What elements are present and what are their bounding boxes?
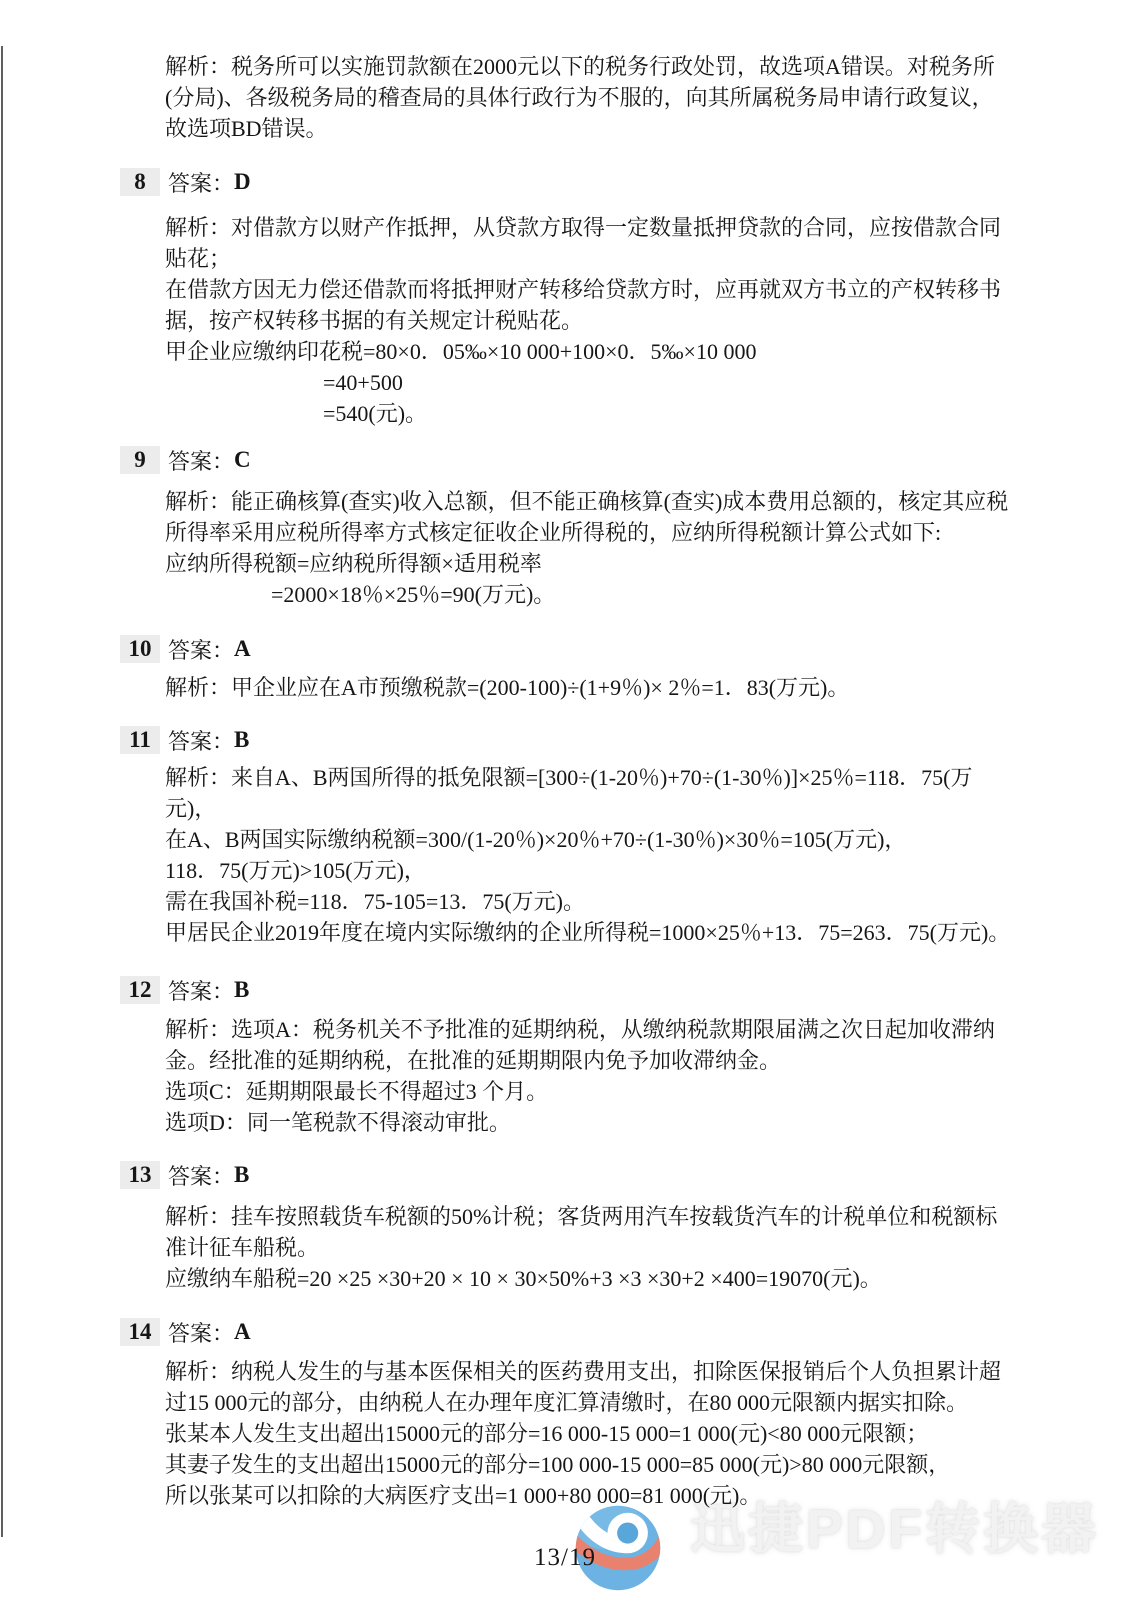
question-number-badge: 11: [120, 726, 160, 754]
formula-line: 甲企业应缴纳印花税=80×0．05‰×10 000+100×0．5‰×10 00…: [165, 336, 1001, 367]
formula-line: =2000×18％×25％=90(万元)。: [165, 579, 1008, 610]
intro-explanation-paragraph: 解析：税务所可以实施罚款额在2000元以下的税务行政处罚，故选项A错误。对税务所…: [165, 51, 995, 144]
answer-letter: B: [234, 1162, 249, 1188]
text-line: 选项C：延期期限最长不得超过3 个月。: [165, 1076, 995, 1107]
explanation-q12: 解析：选项A：税务机关不予批准的延期纳税，从缴纳税款期限届满之次日起加收滞纳 金…: [165, 1014, 995, 1138]
answer-letter: A: [234, 636, 251, 662]
text-line: 过15 000元的部分，由纳税人在办理年度汇算清缴时，在80 000元限额内据实…: [165, 1387, 1001, 1418]
question-number-badge: 12: [120, 976, 160, 1004]
page-number: 13/19: [0, 1544, 1130, 1572]
explanation-q10: 解析：甲企业应在A市预缴税款=(200-100)÷(1+9％)× 2％=1．83…: [165, 672, 849, 703]
question-number-badge: 9: [120, 446, 160, 474]
answer-row-q10: 10 答案： A: [120, 635, 251, 663]
formula-line: =540(元)。: [165, 398, 1001, 429]
answer-letter: C: [234, 447, 251, 473]
answer-label: 答案：: [168, 725, 234, 756]
answer-label: 答案：: [168, 1160, 234, 1191]
text-line: 据，按产权转移书据的有关规定计税贴花。: [165, 305, 1001, 336]
answer-label: 答案：: [168, 975, 234, 1006]
answer-row-q14: 14 答案： A: [120, 1318, 251, 1346]
text-line: 故选项BD错误。: [165, 113, 995, 144]
answer-letter: B: [234, 977, 249, 1003]
answer-label: 答案：: [168, 1317, 234, 1348]
answer-row-q13: 13 答案： B: [120, 1161, 249, 1189]
text-line: 解析：对借款方以财产作抵押，从贷款方取得一定数量抵押贷款的合同，应按借款合同: [165, 212, 1001, 243]
text-line: 准计征车船税。: [165, 1232, 997, 1263]
text-line: 解析：税务所可以实施罚款额在2000元以下的税务行政处罚，故选项A错误。对税务所: [165, 51, 995, 82]
text-line: 元)，: [165, 793, 1010, 824]
explanation-q9: 解析：能正确核算(查实)收入总额，但不能正确核算(查实)成本费用总额的，核定其应…: [165, 486, 1008, 610]
formula-line: =40+500: [165, 367, 1001, 398]
question-number-badge: 14: [120, 1318, 160, 1346]
explanation-q8: 解析：对借款方以财产作抵押，从贷款方取得一定数量抵押贷款的合同，应按借款合同 贴…: [165, 212, 1001, 429]
answer-label: 答案：: [168, 634, 234, 665]
question-number-badge: 10: [120, 635, 160, 663]
text-line: 在借款方因无力偿还借款而将抵押财产转移给贷款方时，应再就双方书立的产权转移书: [165, 274, 1001, 305]
answer-label: 答案：: [168, 445, 234, 476]
explanation-q11: 解析：来自A、B两国所得的抵免限额=[300÷(1-20％)+70÷(1-30％…: [165, 762, 1010, 948]
text-line: 解析：甲企业应在A市预缴税款=(200-100)÷(1+9％)× 2％=1．83…: [165, 672, 849, 703]
text-line: 解析：能正确核算(查实)收入总额，但不能正确核算(查实)成本费用总额的，核定其应…: [165, 486, 1008, 517]
question-number-badge: 13: [120, 1161, 160, 1189]
text-line: 其妻子发生的支出超出15000元的部分=100 000-15 000=85 00…: [165, 1449, 1001, 1480]
text-line: 118．75(万元)>105(万元)，: [165, 855, 1010, 886]
answer-letter: A: [234, 1319, 251, 1345]
document-page: 迅捷PDF转换器 解析：税务所可以实施罚款额在2000元以下的税务行政处罚，故选…: [0, 0, 1130, 1600]
text-line: 选项D：同一笔税款不得滚动审批。: [165, 1107, 995, 1138]
answer-row-q8: 8 答案： D: [120, 168, 251, 196]
text-line: 在A、B两国实际缴纳税额=300/(1-20％)×20％+70÷(1-30％)×…: [165, 824, 1010, 855]
text-line: 解析：来自A、B两国所得的抵免限额=[300÷(1-20％)+70÷(1-30％…: [165, 762, 1010, 793]
formula-line: 应纳所得税额=应纳税所得额×适用税率: [165, 548, 1008, 579]
answer-label: 答案：: [168, 167, 234, 198]
text-line: 解析：挂车按照载货车税额的50%计税；客货两用汽车按载货汽车的计税单位和税额标: [165, 1201, 997, 1232]
formula-line: 应缴纳车船税=20 ×25 ×30+20 × 10 × 30×50%+3 ×3 …: [165, 1263, 997, 1294]
answer-row-q9: 9 答案： C: [120, 446, 251, 474]
text-line: 需在我国补税=118．75-105=13．75(万元)。: [165, 886, 1010, 917]
explanation-q14: 解析：纳税人发生的与基本医保相关的医药费用支出，扣除医保报销后个人负担累计超 过…: [165, 1356, 1001, 1511]
answer-letter: B: [234, 727, 249, 753]
answer-letter: D: [234, 169, 251, 195]
text-line: 解析：选项A：税务机关不予批准的延期纳税，从缴纳税款期限届满之次日起加收滞纳: [165, 1014, 995, 1045]
text-line: 所以张某可以扣除的大病医疗支出=1 000+80 000=81 000(元)。: [165, 1480, 1001, 1511]
answer-row-q12: 12 答案： B: [120, 976, 249, 1004]
text-line: 金。经批准的延期纳税，在批准的延期期限内免予加收滞纳金。: [165, 1045, 995, 1076]
question-number-badge: 8: [120, 168, 160, 196]
answer-row-q11: 11 答案： B: [120, 726, 249, 754]
text-line: 所得率采用应税所得率方式核定征收企业所得税的，应纳所得税额计算公式如下:: [165, 517, 1008, 548]
text-line: 贴花；: [165, 243, 1001, 274]
text-line: (分局)、各级税务局的稽查局的具体行政行为不服的，向其所属税务局申请行政复议，: [165, 82, 995, 113]
text-line: 张某本人发生支出超出15000元的部分=16 000-15 000=1 000(…: [165, 1418, 1001, 1449]
text-line: 解析：纳税人发生的与基本医保相关的医药费用支出，扣除医保报销后个人负担累计超: [165, 1356, 1001, 1387]
explanation-q13: 解析：挂车按照载货车税额的50%计税；客货两用汽车按载货汽车的计税单位和税额标 …: [165, 1201, 997, 1294]
text-line: 甲居民企业2019年度在境内实际缴纳的企业所得税=1000×25％+13．75=…: [165, 917, 1010, 948]
